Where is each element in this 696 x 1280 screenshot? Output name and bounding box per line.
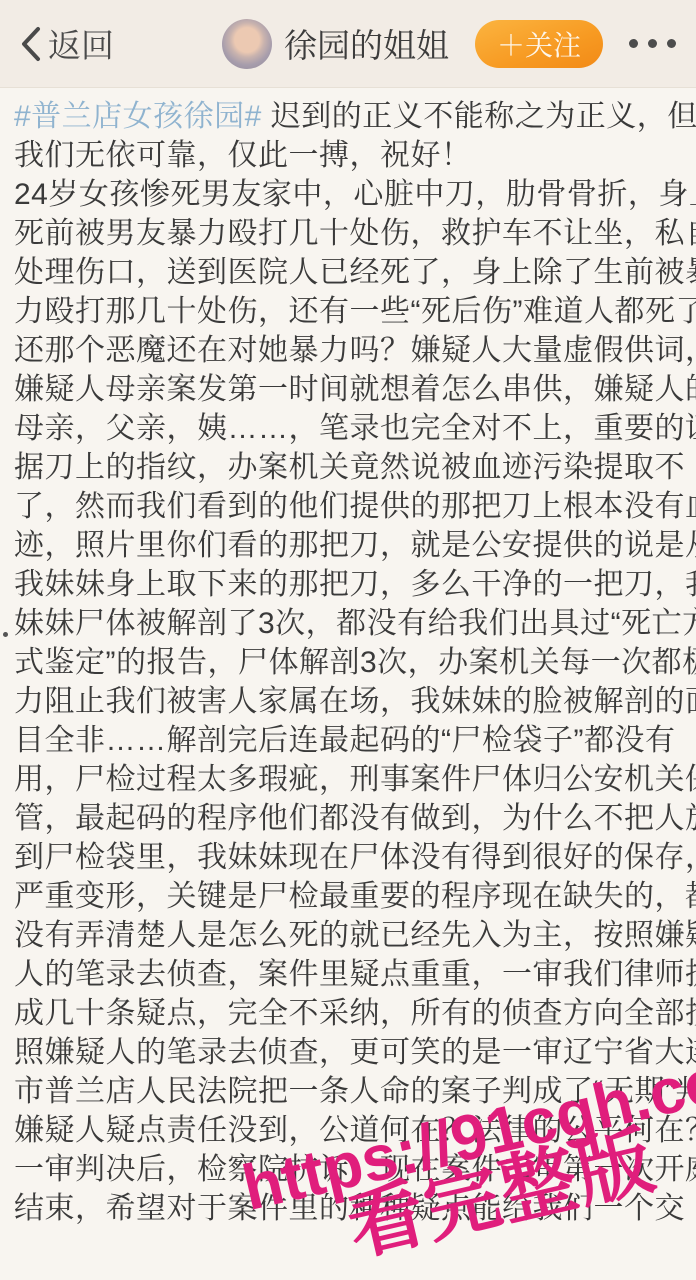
post-lines: 我们无依可靠，仅此一搏，祝好！24岁女孩惨死男友家中，心脏中刀，肋骨骨折，身上死… — [14, 136, 682, 1228]
post-text-line: 母亲，父亲，姨……，笔录也完全对不上，重要的证 — [14, 409, 682, 448]
post-first-line-rest: 迟到的正义不能称之为正义，但 — [262, 100, 696, 133]
post-text-line: 力阻止我们被害人家属在场，我妹妹的脸被解剖的面 — [14, 682, 682, 721]
post-text-line: 还那个恶魔还在对她暴力吗？嫌疑人大量虚假供词， — [14, 331, 682, 370]
top-bar: 返回 徐园的姐姐 ＋关注 — [0, 0, 696, 88]
avatar[interactable] — [222, 19, 272, 69]
post-text-line: 用，尸检过程太多瑕疵，刑事案件尸体归公安机关保 — [14, 760, 682, 799]
post-text-line: 嫌疑人母亲案发第一时间就想着怎么串供，嫌疑人的 — [14, 370, 682, 409]
post-text-line: 人的笔录去侦查，案件里疑点重重，一审我们律师提 — [14, 955, 682, 994]
post-text-line: 严重变形，关键是尸检最重要的程序现在缺失的，都 — [14, 877, 682, 916]
post-text-line: 我妹妹身上取下来的那把刀，多么干净的一把刀，我 — [14, 565, 682, 604]
post-text-line: 一审判决后，检察院抗诉，现在案件二审第一次开庭 — [14, 1150, 682, 1189]
post-text-line: 据刀上的指纹，办案机关竟然说被血迹污染提取不 — [14, 448, 682, 487]
post-text-line: 成几十条疑点，完全不采纳，所有的侦查方向全部按 — [14, 994, 682, 1033]
post-text-line: 结束，希望对于案件里的种种疑点能给我们一个交 — [14, 1189, 682, 1228]
post-text-line: 死前被男友暴力殴打几十处伤，救护车不让坐，私自 — [14, 214, 682, 253]
user-block[interactable]: 徐园的姐姐 — [222, 19, 449, 69]
post-text-line: 式鉴定”的报告，尸体解剖3次，办案机关每一次都极 — [14, 643, 682, 682]
post-text-line: 我们无依可靠，仅此一搏，祝好！ — [14, 136, 682, 175]
post-text-line: 没有弄清楚人是怎么死的就已经先入为主，按照嫌疑 — [14, 916, 682, 955]
post-body: #普兰店女孩徐园# 迟到的正义不能称之为正义，但 我们无依可靠，仅此一搏，祝好！… — [0, 88, 696, 1228]
stray-dot — [3, 632, 8, 637]
post-text-line: 迹，照片里你们看的那把刀，就是公安提供的说是从 — [14, 526, 682, 565]
post-text-line: 24岁女孩惨死男友家中，心脏中刀，肋骨骨折，身上 — [14, 175, 682, 214]
more-menu-icon[interactable] — [629, 39, 676, 48]
post-text-line: 市普兰店人民法院把一条人命的案子判成了“无期”判 — [14, 1072, 682, 1111]
post-text-line: 力殴打那几十处伤，还有一些“死后伤”难道人都死了 — [14, 292, 682, 331]
post-text-line: 目全非……解剖完后连最起码的“尸检袋子”都没有 — [14, 721, 682, 760]
back-button[interactable]: 返回 — [20, 20, 114, 67]
hashtag-link[interactable]: #普兰店女孩徐园# — [14, 100, 262, 133]
post-first-line: #普兰店女孩徐园# 迟到的正义不能称之为正义，但 — [14, 97, 682, 136]
back-label: 返回 — [48, 20, 114, 67]
post-text-line: 到尸检袋里，我妹妹现在尸体没有得到很好的保存， — [14, 838, 682, 877]
post-text-line: 处理伤口，送到医院人已经死了，身上除了生前被暴 — [14, 253, 682, 292]
post-text-line: 照嫌疑人的笔录去侦查，更可笑的是一审辽宁省大连 — [14, 1033, 682, 1072]
username: 徐园的姐姐 — [284, 20, 449, 67]
post-text-line: 妹妹尸体被解剖了3次，都没有给我们出具过“死亡方 — [14, 604, 682, 643]
post-text-line: 了，然而我们看到的他们提供的那把刀上根本没有血 — [14, 487, 682, 526]
post-text-line: 嫌疑人疑点责任没到，公道何在？法律的公平何在？ — [14, 1111, 682, 1150]
back-chevron-icon — [20, 24, 42, 64]
post-text-line: 管，最起码的程序他们都没有做到，为什么不把人放 — [14, 799, 682, 838]
follow-button[interactable]: ＋关注 — [475, 20, 603, 68]
